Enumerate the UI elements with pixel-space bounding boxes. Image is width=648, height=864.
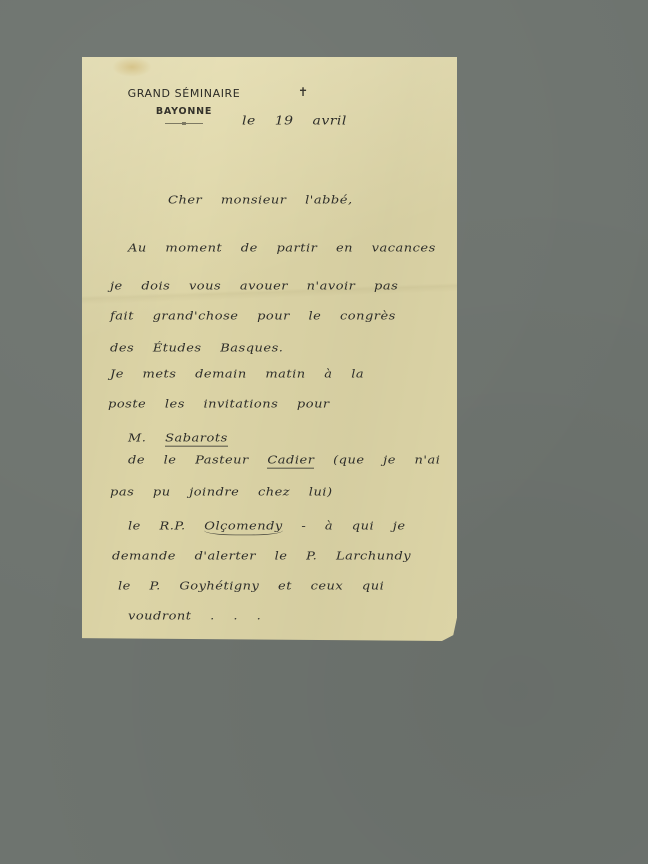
underlined-name-sabarots: Sabarots — [165, 432, 228, 446]
letter-line-9: pas pu joindre chez lui) — [110, 486, 333, 499]
letter-line-4: des Études Basques. — [110, 342, 283, 355]
letter-line-6: poste les invitations pour — [108, 398, 330, 411]
prefix-rp: le R.P. — [128, 520, 204, 533]
letterhead-title: GRAND SÉMINAIRE — [104, 87, 264, 100]
letter-line-13: voudront . . . — [128, 610, 261, 623]
letter-line-8: de le Pasteur Cadier (que je n'ai — [128, 454, 440, 467]
letter-line-10: le R.P. Olçomendy - à qui je — [128, 520, 406, 533]
letter-salutation: Cher monsieur l'abbé, — [168, 194, 353, 207]
letterhead: GRAND SÉMINAIRE BAYONNE — [104, 87, 264, 124]
underlined-name-cadier: Cadier — [267, 454, 314, 468]
letter-date: le 19 avril — [242, 114, 347, 128]
letterhead-city: BAYONNE — [104, 106, 264, 117]
prefix-pasteur: de le Pasteur — [128, 454, 267, 467]
letter-line-1: Au moment de partir en vacances — [128, 242, 436, 255]
line-8-rest: (que je n'ai — [314, 454, 440, 467]
letter-line-11: demande d'alerter le P. Larchundy — [112, 550, 411, 563]
cross-mark-icon: ✝ — [298, 85, 308, 99]
letter-line-7: M. Sabarots — [128, 432, 228, 445]
paper-stain — [112, 57, 152, 77]
prefix-monsieur: M. — [128, 432, 165, 445]
line-10-rest: - à qui je — [283, 520, 406, 533]
letter-paper: GRAND SÉMINAIRE BAYONNE ✝ le 19 avril Ch… — [82, 57, 457, 641]
letter-line-3: fait grand'chose pour le congrès — [110, 310, 396, 323]
letter-line-12: le P. Goyhétigny et ceux qui — [118, 580, 384, 593]
letter-line-2: je dois vous avouer n'avoir pas — [110, 280, 398, 293]
underlined-name-olcomendy: Olçomendy — [204, 520, 282, 535]
letter-line-5: Je mets demain matin à la — [110, 368, 364, 381]
letterhead-ornament — [165, 123, 203, 124]
